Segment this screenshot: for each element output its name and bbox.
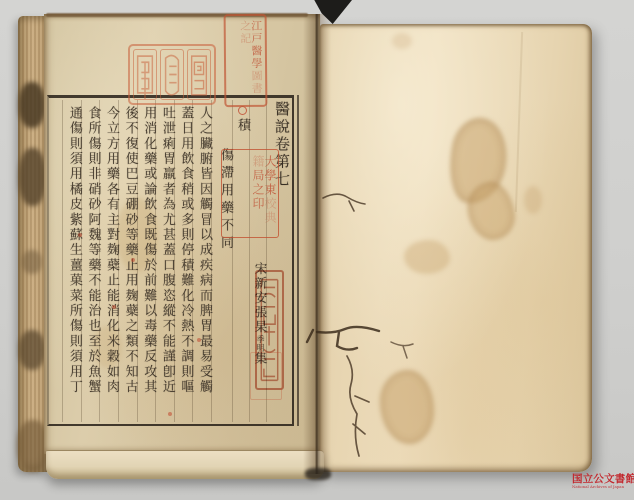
red-punctuation-dot <box>197 338 201 342</box>
red-punctuation-dot <box>131 258 135 262</box>
section-marker: 積 <box>235 118 250 133</box>
body-text-column: 食所傷則非硝砂阿魏等藥不能治也至於魚蟹 <box>81 100 100 422</box>
red-punctuation-dot <box>168 412 172 416</box>
seal-script-glyph <box>160 49 184 100</box>
page-stain <box>392 33 412 49</box>
daigaku-tokyo-school-seal: 大學東校典籍局之印 <box>221 149 279 238</box>
red-punctuation-dot <box>78 233 82 237</box>
archives-watermark: 国立公文書館 National Archives of Japan <box>572 474 634 493</box>
page-stack-bottom-edge <box>46 450 324 479</box>
body-text-column: 人之臟腑皆因觸冒以成疾病而脾胃最易受觸 <box>192 100 211 422</box>
archives-watermark-en: National Archives of Japan <box>572 485 602 489</box>
faint-seal-outline <box>250 352 282 400</box>
body-text-column: 吐泄痢胃羸者為尤甚蓋口腹恣縱不能謹卽近 <box>155 100 174 422</box>
body-text-column: 今立方用藥各有主對麹蘗止能消化米穀如肉 <box>99 100 118 422</box>
red-punctuation-dot <box>112 305 116 309</box>
seal-script-glyph <box>187 49 211 100</box>
seal-text: 局之印 <box>251 169 265 211</box>
page-top-edge <box>46 13 308 17</box>
red-circle-mark <box>238 106 247 115</box>
spine-wear-patch <box>22 250 42 274</box>
edo-medical-library-seal: 江戸醫學圖書之記 <box>224 14 268 107</box>
red-collection-seal-wide <box>128 44 216 105</box>
scanned-book-viewer: 醫說卷第七 宋新安張杲季明集 積 傷滯用藥不同 人之臟腑皆因觸冒以成疾病而脾胃最… <box>0 0 634 500</box>
body-text-column: 蓋日用飲食稍或多則停積難化冷熱不調則嘔 <box>174 100 193 422</box>
spine-wear-patch <box>19 82 45 128</box>
wormhole-cracks <box>295 170 465 470</box>
archives-watermark-jp: 国立公文書館 <box>572 474 634 485</box>
seal-text: 大學東 <box>263 155 277 197</box>
spine-wear-patch <box>19 148 46 206</box>
spine-wear-patch <box>19 330 45 370</box>
seal-script-glyph <box>133 49 157 100</box>
body-text-column: 用消化藥或論飲食既傷於前難以毒藥反攻其 <box>137 100 156 422</box>
page-stain <box>524 186 542 214</box>
body-text-column: 通傷則須用橘皮紫蘇生薑菓菜所傷則須用丁 <box>62 100 81 422</box>
